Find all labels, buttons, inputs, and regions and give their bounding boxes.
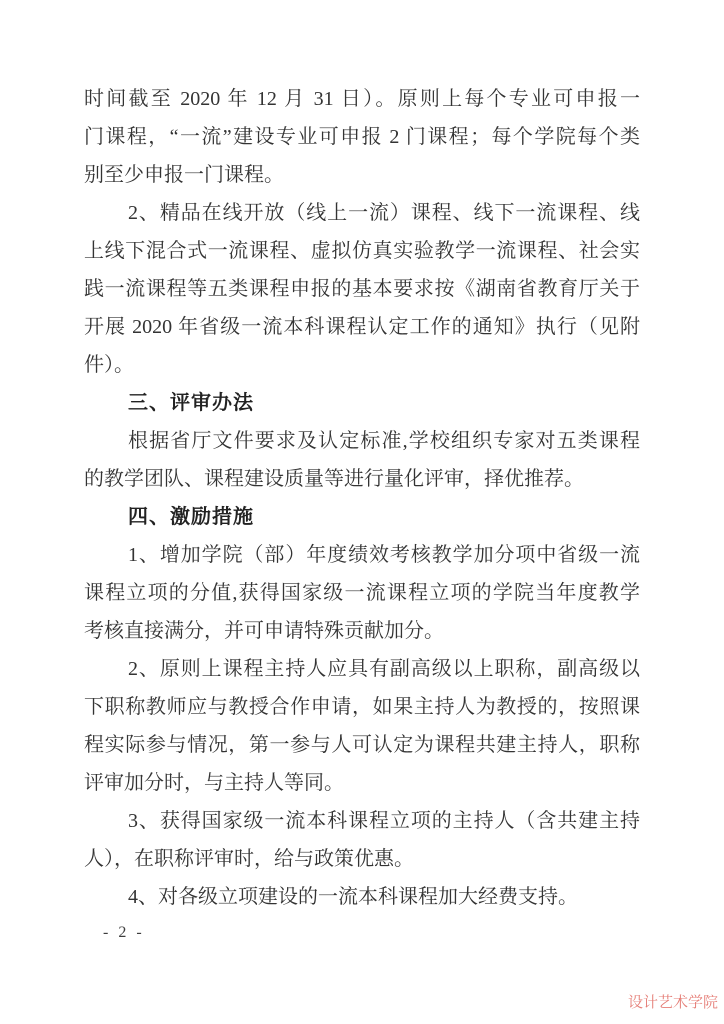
text-line: 别至少申报一门课程。 bbox=[84, 156, 640, 194]
text-line: 2、原则上课程主持人应具有副高级以上职称，副高级以 bbox=[84, 650, 640, 688]
text-line: 开展 2020 年省级一流本科课程认定工作的通知》执行（见附 bbox=[84, 308, 640, 346]
watermark-text: 设计艺术学院 bbox=[628, 993, 718, 1013]
text-line: 评审加分时，与主持人等同。 bbox=[84, 764, 640, 802]
text-line: 3、获得国家级一流本科课程立项的主持人（含共建主持 bbox=[84, 802, 640, 840]
page-number: - 2 - bbox=[103, 921, 145, 945]
text-line: 4、对各级立项建设的一流本科课程加大经费支持。 bbox=[84, 878, 640, 916]
text-line: 的教学团队、课程建设质量等进行量化评审，择优推荐。 bbox=[84, 460, 640, 498]
text-line: 考核直接满分，并可申请特殊贡献加分。 bbox=[84, 612, 640, 650]
document-page: 时间截至 2020 年 12 月 31 日）。原则上每个专业可申报一 门课程，“… bbox=[0, 0, 724, 1024]
text-line: 件）。 bbox=[84, 346, 640, 384]
text-line: 践一流课程等五类课程申报的基本要求按《湖南省教育厅关于 bbox=[84, 270, 640, 308]
text-line: 上线下混合式一流课程、虚拟仿真实验教学一流课程、社会实 bbox=[84, 232, 640, 270]
text-line: 课程立项的分值,获得国家级一流课程立项的学院当年度教学 bbox=[84, 574, 640, 612]
section-heading: 三、评审办法 bbox=[84, 384, 640, 422]
text-line: 程实际参与情况，第一参与人可认定为课程共建主持人，职称 bbox=[84, 726, 640, 764]
document-body: 时间截至 2020 年 12 月 31 日）。原则上每个专业可申报一 门课程，“… bbox=[84, 80, 640, 916]
text-line: 2、精品在线开放（线上一流）课程、线下一流课程、线 bbox=[84, 194, 640, 232]
text-line: 下职称教师应与教授合作申请，如果主持人为教授的，按照课 bbox=[84, 688, 640, 726]
text-line: 门课程，“一流”建设专业可申报 2 门课程；每个学院每个类 bbox=[84, 118, 640, 156]
text-line: 时间截至 2020 年 12 月 31 日）。原则上每个专业可申报一 bbox=[84, 80, 640, 118]
text-line: 根据省厅文件要求及认定标准,学校组织专家对五类课程 bbox=[84, 422, 640, 460]
text-line: 人），在职称评审时，给与政策优惠。 bbox=[84, 840, 640, 878]
section-heading: 四、激励措施 bbox=[84, 498, 640, 536]
text-line: 1、增加学院（部）年度绩效考核教学加分项中省级一流 bbox=[84, 536, 640, 574]
